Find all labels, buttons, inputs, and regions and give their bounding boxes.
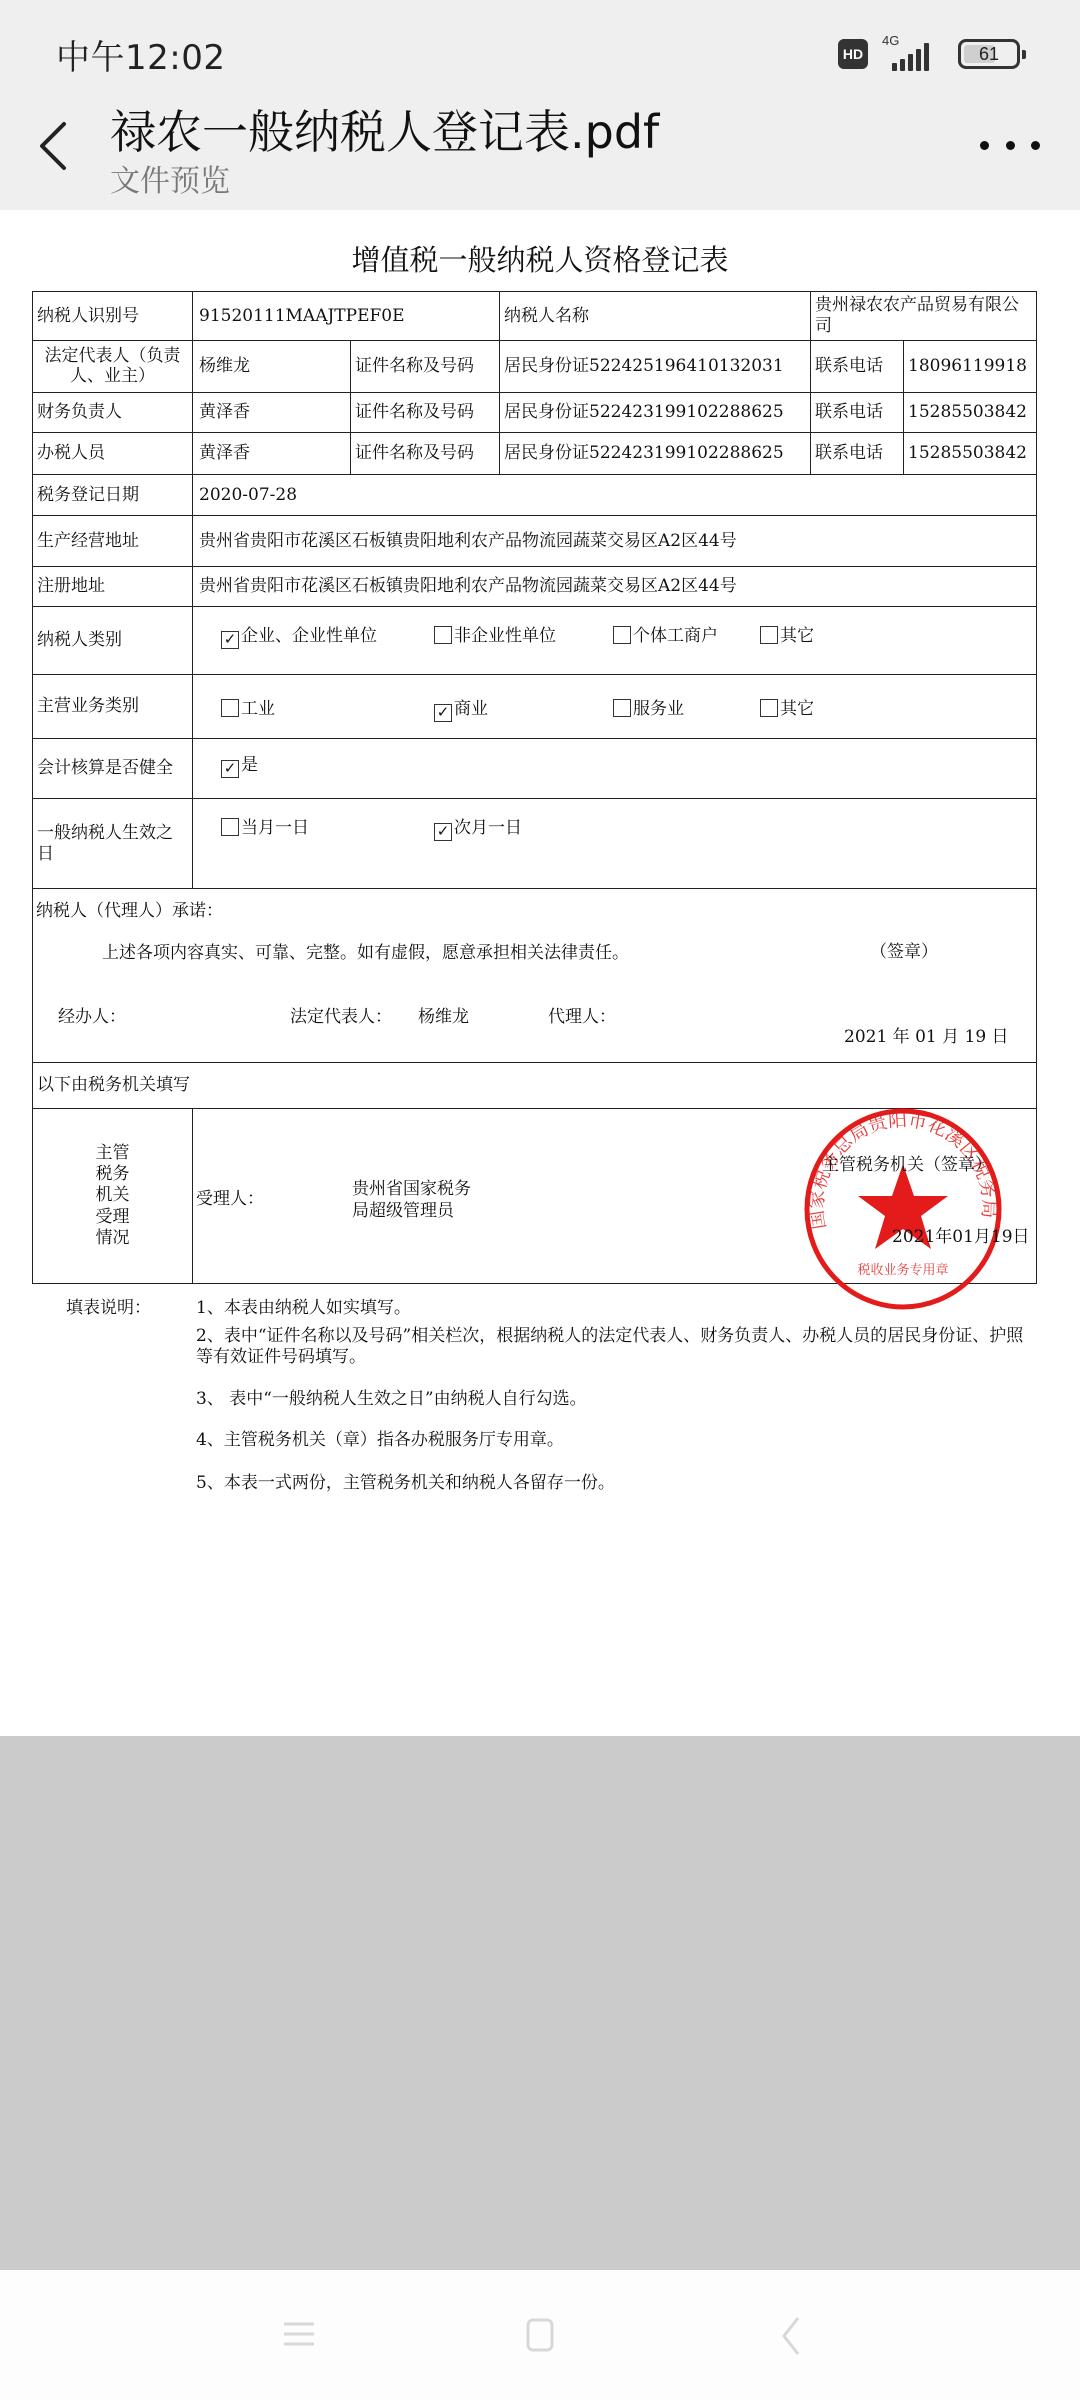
checkbox-unchecked-icon xyxy=(613,699,631,717)
file-title: 禄农一般纳税人登记表.pdf xyxy=(110,96,659,162)
checkbox-checked-icon: ✓ xyxy=(434,704,452,722)
commitment-date: 2021 年 01 月 19 日 xyxy=(844,1022,1009,1047)
note-item: 5、本表一式两份，主管税务机关和纳税人各留存一份。 xyxy=(196,1468,615,1493)
business-type-option[interactable]: 其它 xyxy=(760,694,814,719)
file-subtitle: 文件预览 xyxy=(110,156,230,200)
status-icons: HD 4G 61 xyxy=(838,36,1020,72)
commitment-heading: 纳税人（代理人）承诺： xyxy=(36,896,223,921)
effective-date-label: 一般纳税人生效之日 xyxy=(32,798,193,889)
more-options-button[interactable] xyxy=(980,130,1040,160)
checkbox-unchecked-icon xyxy=(221,699,239,717)
checkbox-unchecked-icon xyxy=(760,699,778,717)
pdf-page[interactable]: 增值税一般纳税人资格登记表 纳税人识别号 91520111MAAJTPEF0E … xyxy=(0,210,1080,1736)
taxpayer-type-option[interactable]: 其它 xyxy=(760,621,814,646)
handler-label: 经办人： xyxy=(58,1002,126,1027)
biz-address-value: 贵州省贵阳市花溪区石板镇贵阳地利农产品物流园蔬菜交易区A2区44号 xyxy=(192,515,1037,567)
checkbox-checked-icon: ✓ xyxy=(434,823,452,841)
effective-date-option[interactable]: ✓次月一日 xyxy=(434,813,522,841)
checkbox-checked-icon: ✓ xyxy=(221,631,239,649)
tax-authority-cell xyxy=(192,1108,1037,1284)
legal-rep-phone: 18096119918 xyxy=(903,340,1037,393)
finance-phone: 15285503842 xyxy=(903,392,1037,433)
viewer-background xyxy=(0,1736,1080,2270)
receiver-label: 受理人： xyxy=(196,1184,264,1209)
legal-rep-label: 法定代表人（负责人、业主） xyxy=(32,340,193,393)
checkbox-unchecked-icon xyxy=(221,818,239,836)
checkbox-unchecked-icon xyxy=(760,626,778,644)
system-back-button[interactable] xyxy=(768,2310,818,2360)
tax-staff-name: 黄泽香 xyxy=(192,432,351,475)
reg-address-value: 贵州省贵阳市花溪区石板镇贵阳地利农产品物流园蔬菜交易区A2区44号 xyxy=(192,566,1037,607)
agent-label: 代理人： xyxy=(548,1002,616,1027)
accounting-cell xyxy=(192,738,1037,799)
home-button[interactable] xyxy=(516,2310,566,2360)
checkbox-unchecked-icon xyxy=(434,626,452,644)
battery-percent: 61 xyxy=(961,42,1017,66)
business-type-label: 主营业务类别 xyxy=(32,674,193,739)
note-item: 2、表中“证件名称以及号码”相关栏次，根据纳税人的法定代表人、财务负责人、办税人… xyxy=(196,1326,1026,1369)
authority-date: 2021年01月19日 xyxy=(892,1222,1030,1247)
tax-staff-label: 办税人员 xyxy=(32,432,193,475)
tax-staff-id: 居民身份证522423199102288625 xyxy=(499,432,811,475)
reg-date-label: 税务登记日期 xyxy=(32,474,193,516)
battery-icon: 61 xyxy=(958,39,1020,69)
reg-address-label: 注册地址 xyxy=(32,566,193,607)
taxpayer-type-option[interactable]: 个体工商户 xyxy=(613,621,718,646)
finance-phone-label: 联系电话 xyxy=(810,392,904,433)
recent-apps-button[interactable] xyxy=(276,2310,326,2360)
home-icon xyxy=(516,2310,566,2360)
reg-date-value: 2020-07-28 xyxy=(192,474,1037,516)
back-button[interactable] xyxy=(34,118,74,174)
tax-staff-phone: 15285503842 xyxy=(903,432,1037,475)
legal-rep-id-label: 证件名称及号码 xyxy=(350,340,500,393)
commitment-legal-rep-label: 法定代表人： xyxy=(290,1002,392,1027)
back-icon xyxy=(768,2310,818,2360)
biz-address-label: 生产经营地址 xyxy=(32,515,193,567)
note-item: 4、主管税务机关（章）指各办税服务厅专用章。 xyxy=(196,1425,564,1450)
checkbox-checked-icon: ✓ xyxy=(221,760,239,778)
status-time: 中午12:02 xyxy=(56,30,225,79)
business-type-option[interactable]: ✓商业 xyxy=(434,694,488,722)
tax-authority-heading: 以下由税务机关填写 xyxy=(32,1062,1037,1109)
tax-staff-phone-label: 联系电话 xyxy=(810,432,904,475)
accounting-label: 会计核算是否健全 xyxy=(32,738,193,799)
commitment-statement: 上述各项内容真实、可靠、完整。如有虚假，愿意承担相关法律责任。 xyxy=(102,938,629,963)
tax-authority-section-label: 主管 税务 机关 受理 情况 xyxy=(32,1108,193,1284)
hd-icon: HD xyxy=(838,39,868,69)
taxpayer-type-option[interactable]: 非企业性单位 xyxy=(434,621,556,646)
note-item: 1、本表由纳税人如实填写。 xyxy=(196,1293,411,1318)
notes-label: 填表说明： xyxy=(66,1293,151,1318)
checkbox-unchecked-icon xyxy=(613,626,631,644)
finance-id: 居民身份证522423199102288625 xyxy=(499,392,811,433)
system-nav-bar xyxy=(0,2270,1080,2400)
finance-id-label: 证件名称及号码 xyxy=(350,392,500,433)
chevron-left-icon xyxy=(34,118,74,174)
legal-rep-id: 居民身份证522425196410132031 xyxy=(499,340,811,393)
taxpayer-name-value: 贵州禄农农产品贸易有限公司 xyxy=(810,291,1037,341)
business-type-option[interactable]: 工业 xyxy=(221,694,275,719)
app-header: 中午12:02 HD 4G 61 禄农一般纳税人登记表.pdf 文件预览 xyxy=(0,0,1080,210)
signal-icon: 4G xyxy=(878,37,948,71)
document-title: 增值税一般纳税人资格登记表 xyxy=(0,238,1080,279)
taxpayer-id-label: 纳税人识别号 xyxy=(32,291,193,341)
legal-rep-name: 杨维龙 xyxy=(192,340,351,393)
tax-staff-id-label: 证件名称及号码 xyxy=(350,432,500,475)
note-item: 3、 表中“一般纳税人生效之日”由纳税人自行勾选。 xyxy=(196,1384,587,1409)
taxpayer-type-label: 纳税人类别 xyxy=(32,606,193,675)
business-type-option[interactable]: 服务业 xyxy=(613,694,684,719)
menu-icon xyxy=(276,2310,326,2360)
more-horizontal-icon xyxy=(980,141,989,150)
finance-label: 财务负责人 xyxy=(32,392,193,433)
taxpayer-id-value: 91520111MAAJTPEF0E xyxy=(192,291,500,341)
authority-seal-label: 主管税务机关（签章） xyxy=(822,1150,992,1175)
taxpayer-type-option[interactable]: ✓企业、企业性单位 xyxy=(221,621,377,649)
taxpayer-name-label: 纳税人名称 xyxy=(499,291,811,341)
commitment-seal-label: （签章） xyxy=(870,937,938,962)
finance-name: 黄泽香 xyxy=(192,392,351,433)
effective-date-cell xyxy=(192,798,1037,889)
effective-date-option[interactable]: 当月一日 xyxy=(221,813,309,838)
legal-rep-phone-label: 联系电话 xyxy=(810,340,904,393)
commitment-legal-rep-name: 杨维龙 xyxy=(418,1002,469,1027)
receiver-value-line2: 局超级管理员 xyxy=(352,1196,454,1221)
accounting-option[interactable]: ✓是 xyxy=(221,750,258,778)
